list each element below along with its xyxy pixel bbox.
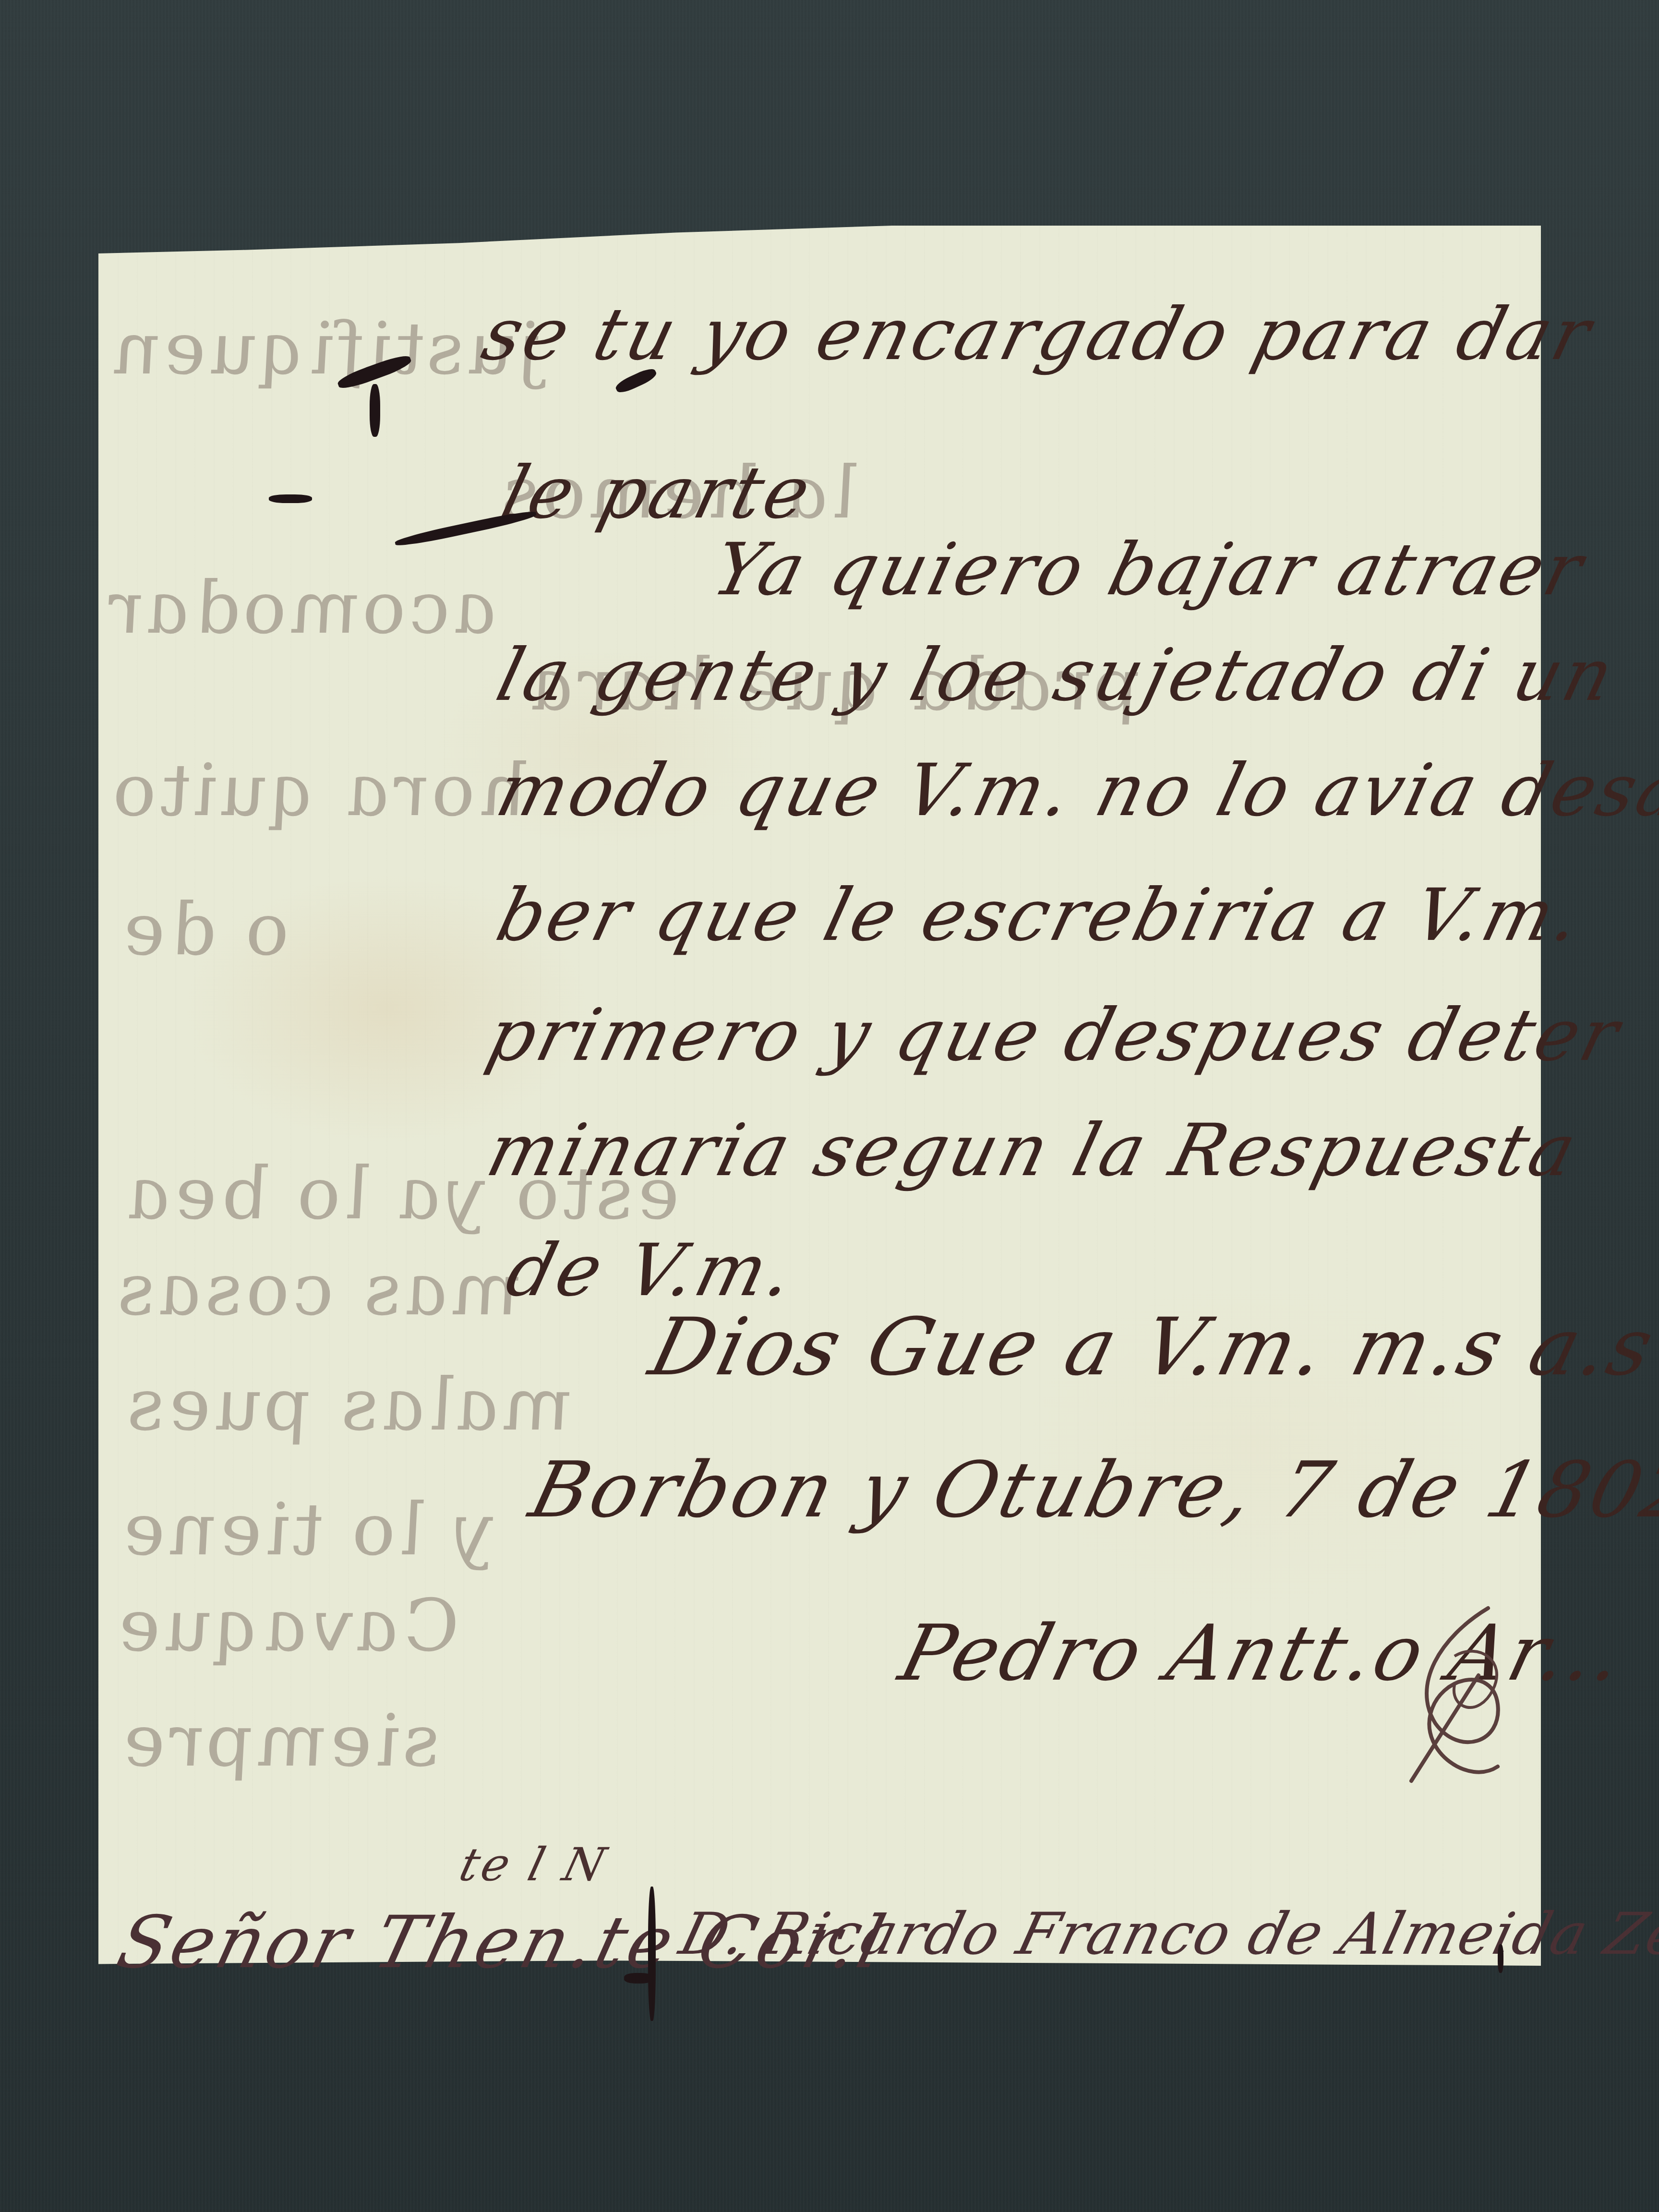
body-line: modo que V.m. no lo avia desa [489, 749, 1659, 832]
body-line: Ya quiero bajar atraer [705, 528, 1593, 612]
rubric-flourish-icon [1382, 1599, 1517, 1800]
body-line: la gente y loe sujetado di un [489, 634, 1624, 717]
ink-blot [648, 1887, 656, 2021]
bleed-through-text: malas pues [114, 1363, 582, 1447]
bleed-through-text: y lo tiene [109, 1488, 505, 1572]
body-line: de V.m. [498, 1229, 805, 1312]
bleed-through-text: Cavaque [105, 1584, 469, 1668]
body-line: primero y que despues deter [479, 994, 1630, 1077]
bleed-through-text: o de [109, 888, 301, 972]
ink-blot [624, 1973, 653, 1984]
body-line: se tu yo encargado para dar [474, 293, 1601, 376]
addressee-superscript: te l N [454, 1839, 613, 1891]
closing-formula: Dios Gue a V.m. m.s a.s [641, 1301, 1659, 1393]
bleed-through-text: siempre [109, 1699, 451, 1783]
ink-blot [370, 384, 380, 437]
body-line: ber que le escrebiria a V.m. [489, 874, 1591, 957]
place-date: Borbon y Otubre, 7 de 1802 [522, 1445, 1659, 1535]
ink-blot [1498, 1944, 1503, 1973]
bleed-through-text: hora quito [100, 749, 537, 832]
ink-blot [269, 494, 312, 503]
bleed-through-text: mas cosas [105, 1248, 531, 1332]
signature: Pedro Antt.o Ar... [891, 1608, 1635, 1698]
bleed-through-text: acomodar [95, 566, 508, 650]
body-line: le parte [493, 451, 821, 535]
body-line: minaria segun la Respuesta [479, 1109, 1587, 1192]
addressee-name: D. Ricardo Franco de Almeida Zerra [673, 1901, 1659, 1968]
